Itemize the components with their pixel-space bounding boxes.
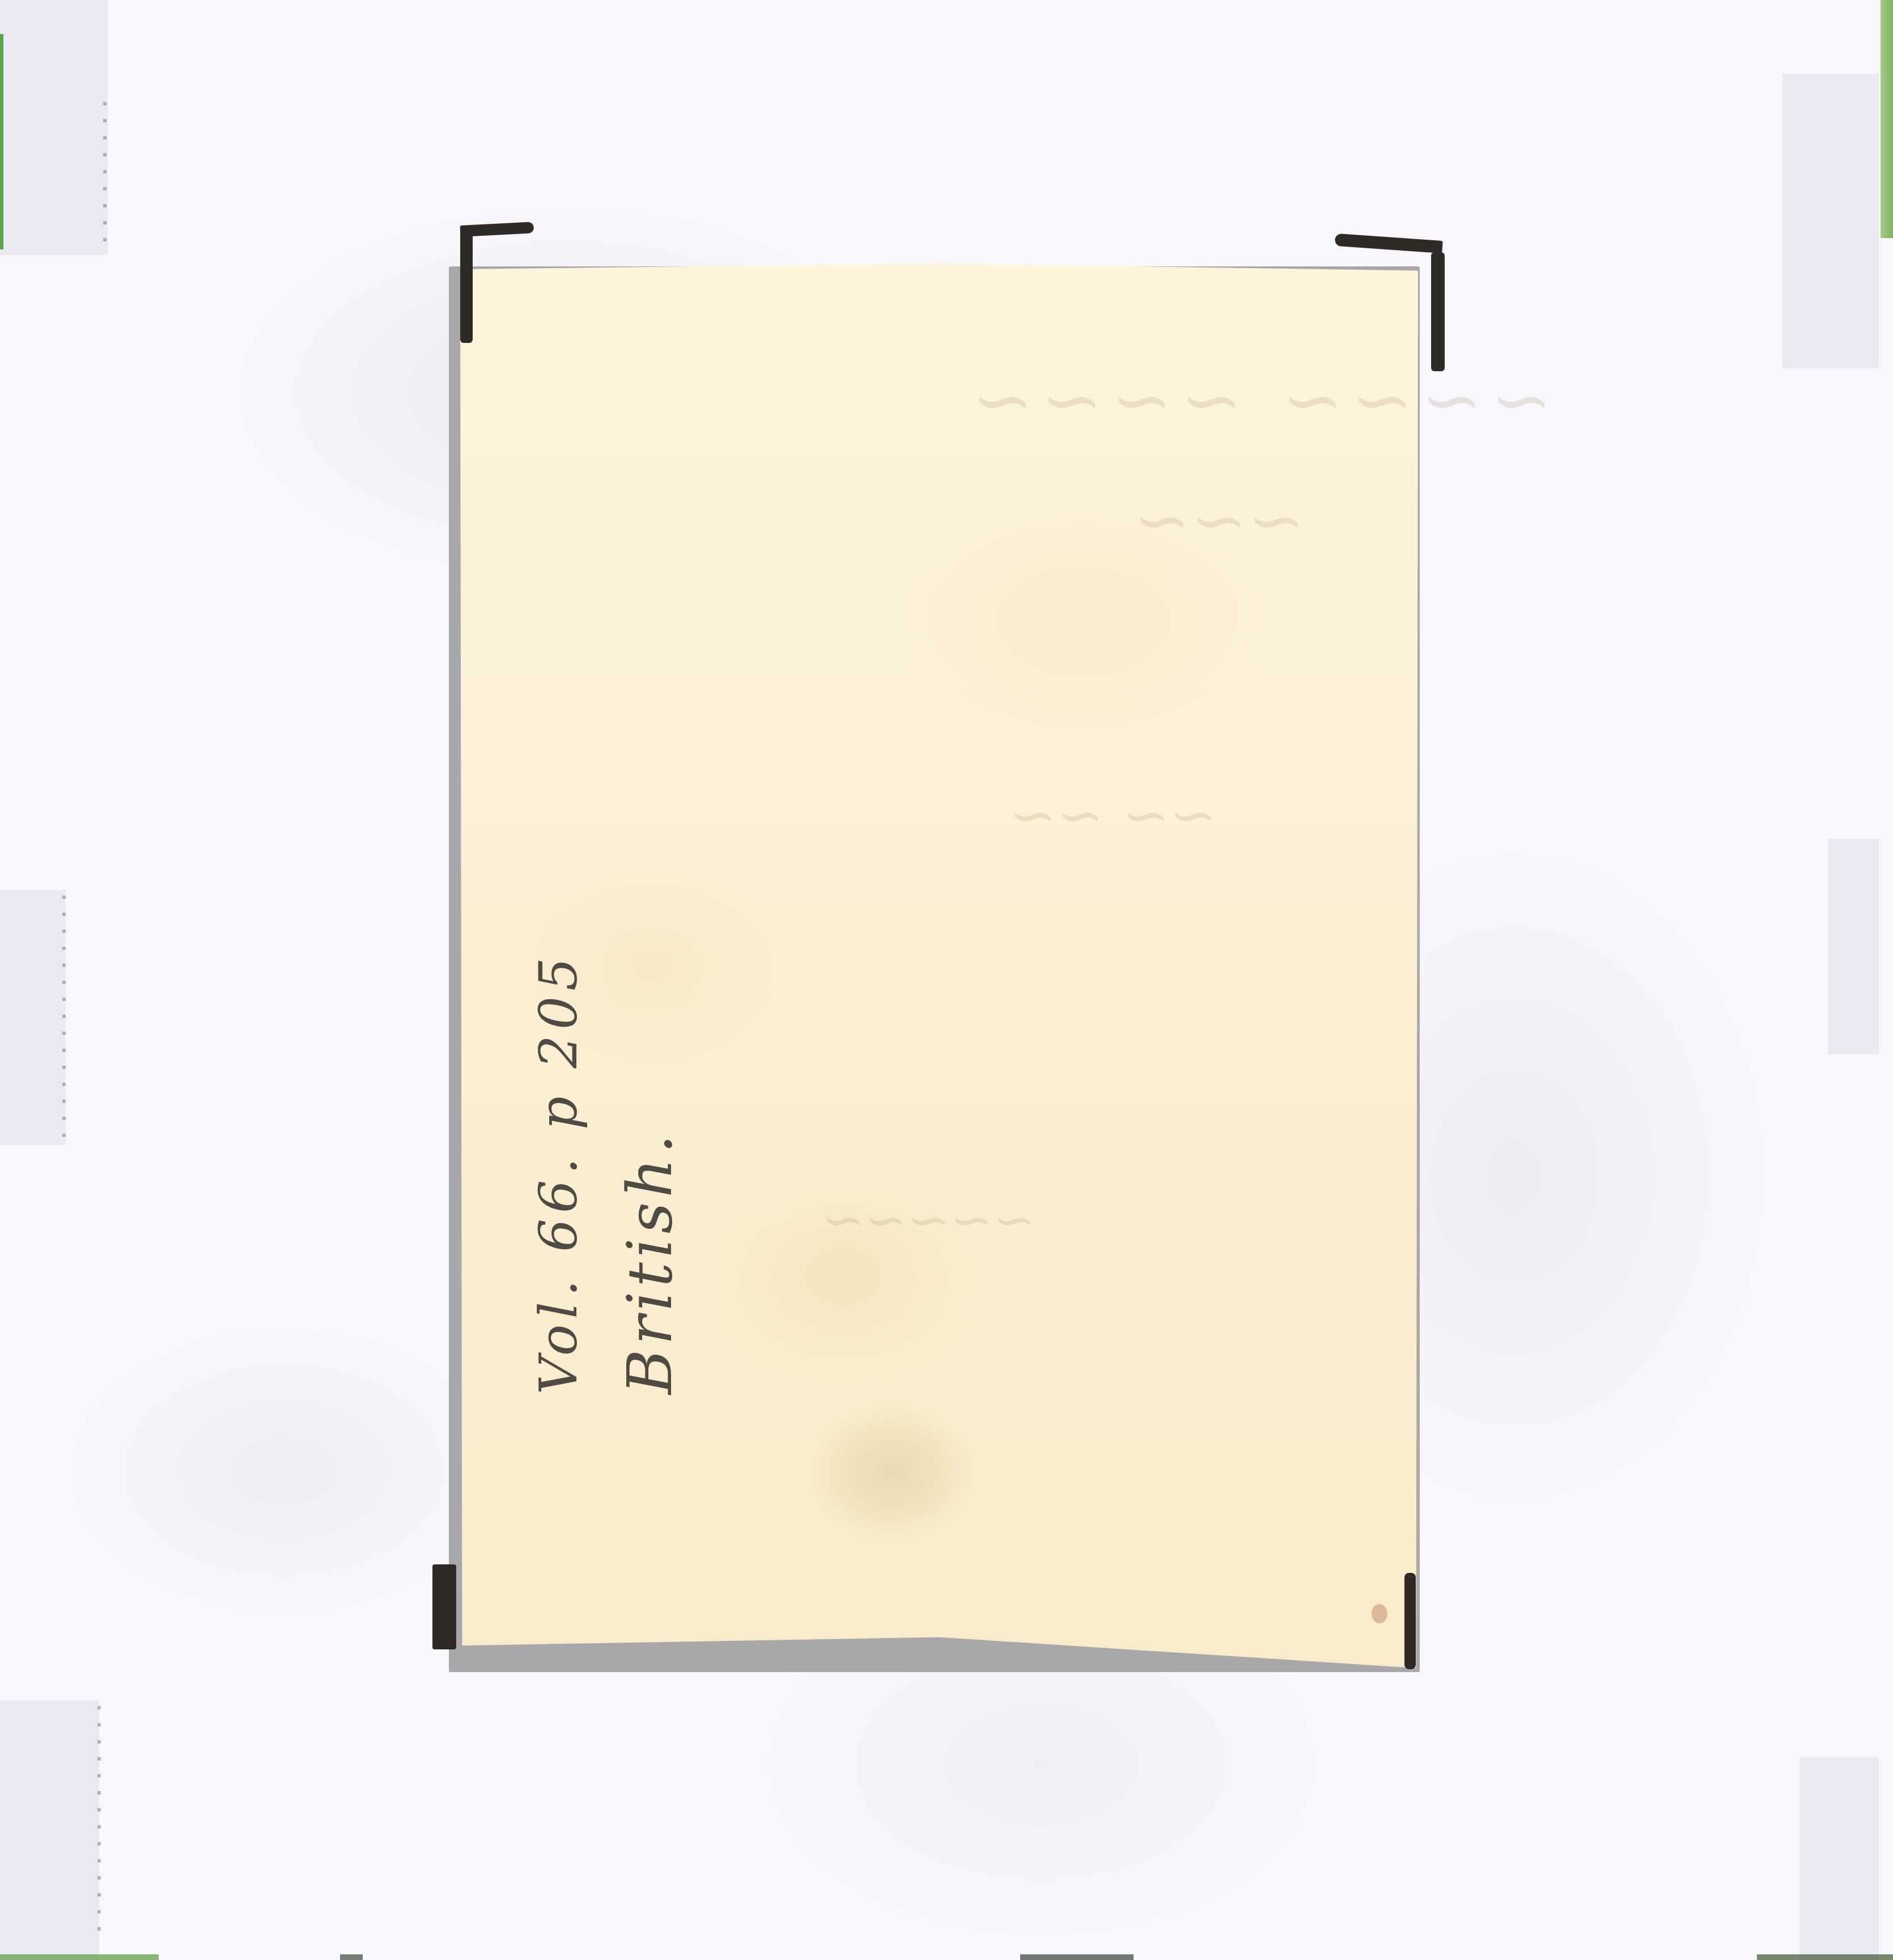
volume-page-reference: Vol. 66. p 205	[533, 952, 585, 1394]
corner-clip-bottom-right	[1404, 1573, 1416, 1669]
corner-clip-top-left	[460, 230, 473, 343]
green-border-edge	[1881, 0, 1893, 238]
corner-clip-top-right	[1431, 252, 1445, 371]
perforation-edge	[97, 1706, 101, 1933]
stamp-remnant	[0, 890, 65, 1145]
perforation-edge	[62, 896, 66, 1139]
stamp-remnant	[1799, 1757, 1879, 1960]
corner-clip-bottom-left	[432, 1564, 456, 1649]
stamp-remnant	[0, 1700, 99, 1960]
stain-spot	[1372, 1604, 1387, 1623]
perforation-edge	[103, 102, 107, 249]
origin-note: British.	[620, 952, 681, 1394]
green-border-edge	[0, 34, 3, 249]
stamp-remnant	[1782, 74, 1879, 368]
stamp-remnant	[1828, 839, 1879, 1054]
stamp-remnant	[0, 0, 108, 255]
green-border-edge	[0, 1954, 1893, 1960]
handwritten-annotation: Vol. 66. p 205 British.	[533, 952, 681, 1394]
